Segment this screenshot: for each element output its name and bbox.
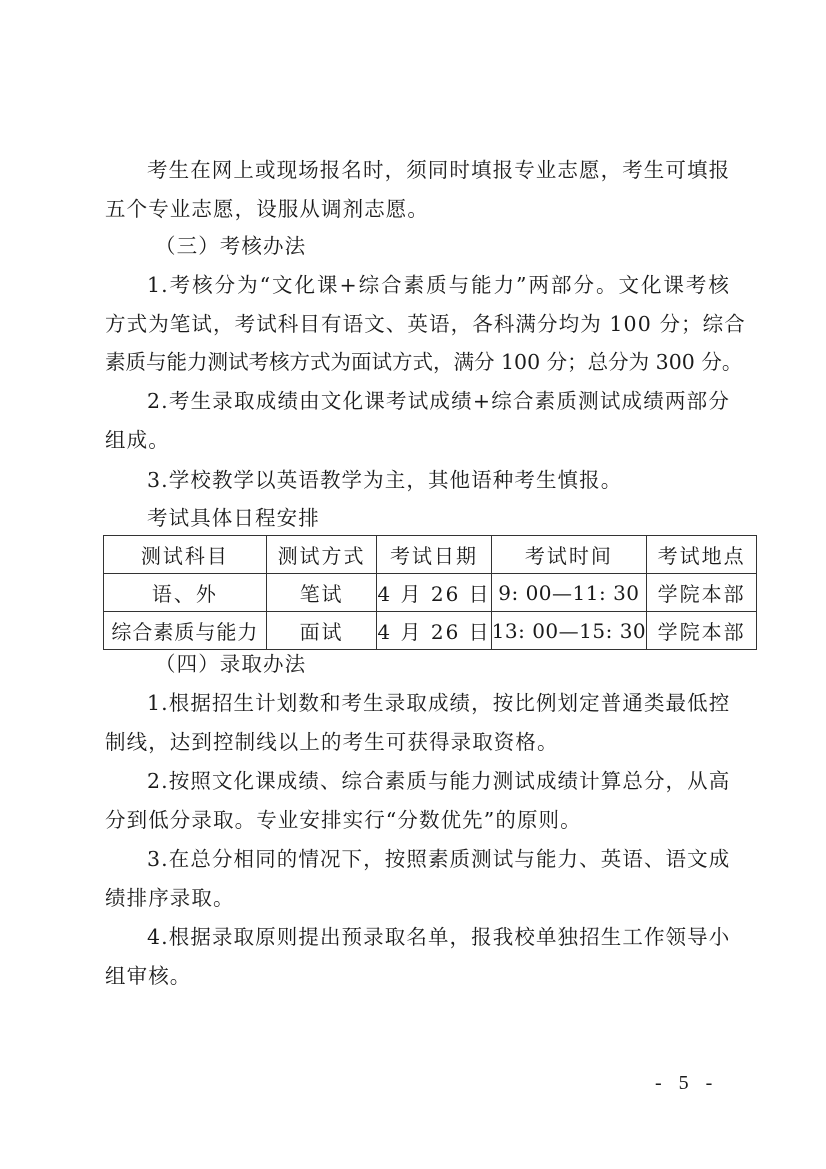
- table-header-cell: 测试方式: [266, 536, 377, 574]
- paragraph-line: 3.在总分相同的情况下，按照素质测试与能力、英语、语文成: [147, 840, 730, 879]
- table-cell: 笔试: [266, 574, 377, 612]
- section-heading-3: （三）考核办法: [155, 227, 780, 266]
- table-row: 语、外 笔试 4 月 26 日 9: 00—11: 30 学院本部: [104, 574, 757, 612]
- paragraph-line: 3.学校教学以英语教学为主，其他语种考生慎报。: [147, 461, 730, 500]
- paragraph-line: 组成。: [105, 421, 730, 460]
- table-header-row: 测试科目 测试方式 考试日期 考试时间 考试地点: [104, 536, 757, 574]
- paragraph-line: 制线，达到控制线以上的考生可获得录取资格。: [105, 723, 730, 762]
- table-cell: 4 月 26 日: [377, 574, 491, 612]
- paragraph-line: 考生在网上或现场报名时，须同时填报专业志愿，考生可填报: [147, 151, 730, 190]
- table-cell: 4 月 26 日: [377, 612, 491, 650]
- paragraph-line: 1.考核分为“文化课+综合素质与能力”两部分。文化课考核: [147, 266, 730, 305]
- paragraph-line: 4.根据录取原则提出预录取名单，报我校单独招生工作领导小: [147, 918, 730, 957]
- section-heading-4: （四）录取办法: [155, 645, 780, 684]
- paragraph-line: 组审核。: [105, 957, 730, 996]
- document-page: 考生在网上或现场报名时，须同时填报专业志愿，考生可填报 五个专业志愿，设服从调剂…: [0, 0, 826, 1169]
- paragraph-line: 2.考生录取成绩由文化课考试成绩+综合素质测试成绩两部分: [147, 382, 730, 421]
- paragraph-line: 方式为笔试，考试科目有语文、英语，各科满分均为 100 分；综合: [105, 305, 730, 344]
- paragraph-line: 分到低分录取。专业安排实行“分数优先”的原则。: [105, 801, 730, 840]
- table-cell: 综合素质与能力: [104, 612, 267, 650]
- paragraph-line: 素质与能力测试考核方式为面试方式，满分 100 分；总分为 300 分。: [105, 343, 730, 382]
- paragraph-line: 2.按照文化课成绩、综合素质与能力测试成绩计算总分，从高: [147, 762, 730, 801]
- table-cell: 面试: [266, 612, 377, 650]
- page-number: - 5 -: [655, 1072, 718, 1095]
- table-header-cell: 测试科目: [104, 536, 267, 574]
- paragraph-line: 1.根据招生计划数和考生录取成绩，按比例划定普通类最低控: [147, 684, 730, 723]
- table-cell: 学院本部: [647, 612, 757, 650]
- table-cell: 9: 00—11: 30: [491, 574, 647, 612]
- table-cell: 13: 00—15: 30: [491, 612, 647, 650]
- paragraph-line: 五个专业志愿，设服从调剂志愿。: [105, 190, 730, 229]
- schedule-table: 测试科目 测试方式 考试日期 考试时间 考试地点 语、外 笔试 4 月 26 日…: [103, 535, 757, 650]
- table-cell: 语、外: [104, 574, 267, 612]
- table-header-cell: 考试时间: [491, 536, 647, 574]
- table-cell: 学院本部: [647, 574, 757, 612]
- table-row: 综合素质与能力 面试 4 月 26 日 13: 00—15: 30 学院本部: [104, 612, 757, 650]
- table-header-cell: 考试地点: [647, 536, 757, 574]
- table-caption: 考试具体日程安排: [147, 499, 730, 538]
- paragraph-line: 绩排序录取。: [105, 879, 730, 918]
- table-header-cell: 考试日期: [377, 536, 491, 574]
